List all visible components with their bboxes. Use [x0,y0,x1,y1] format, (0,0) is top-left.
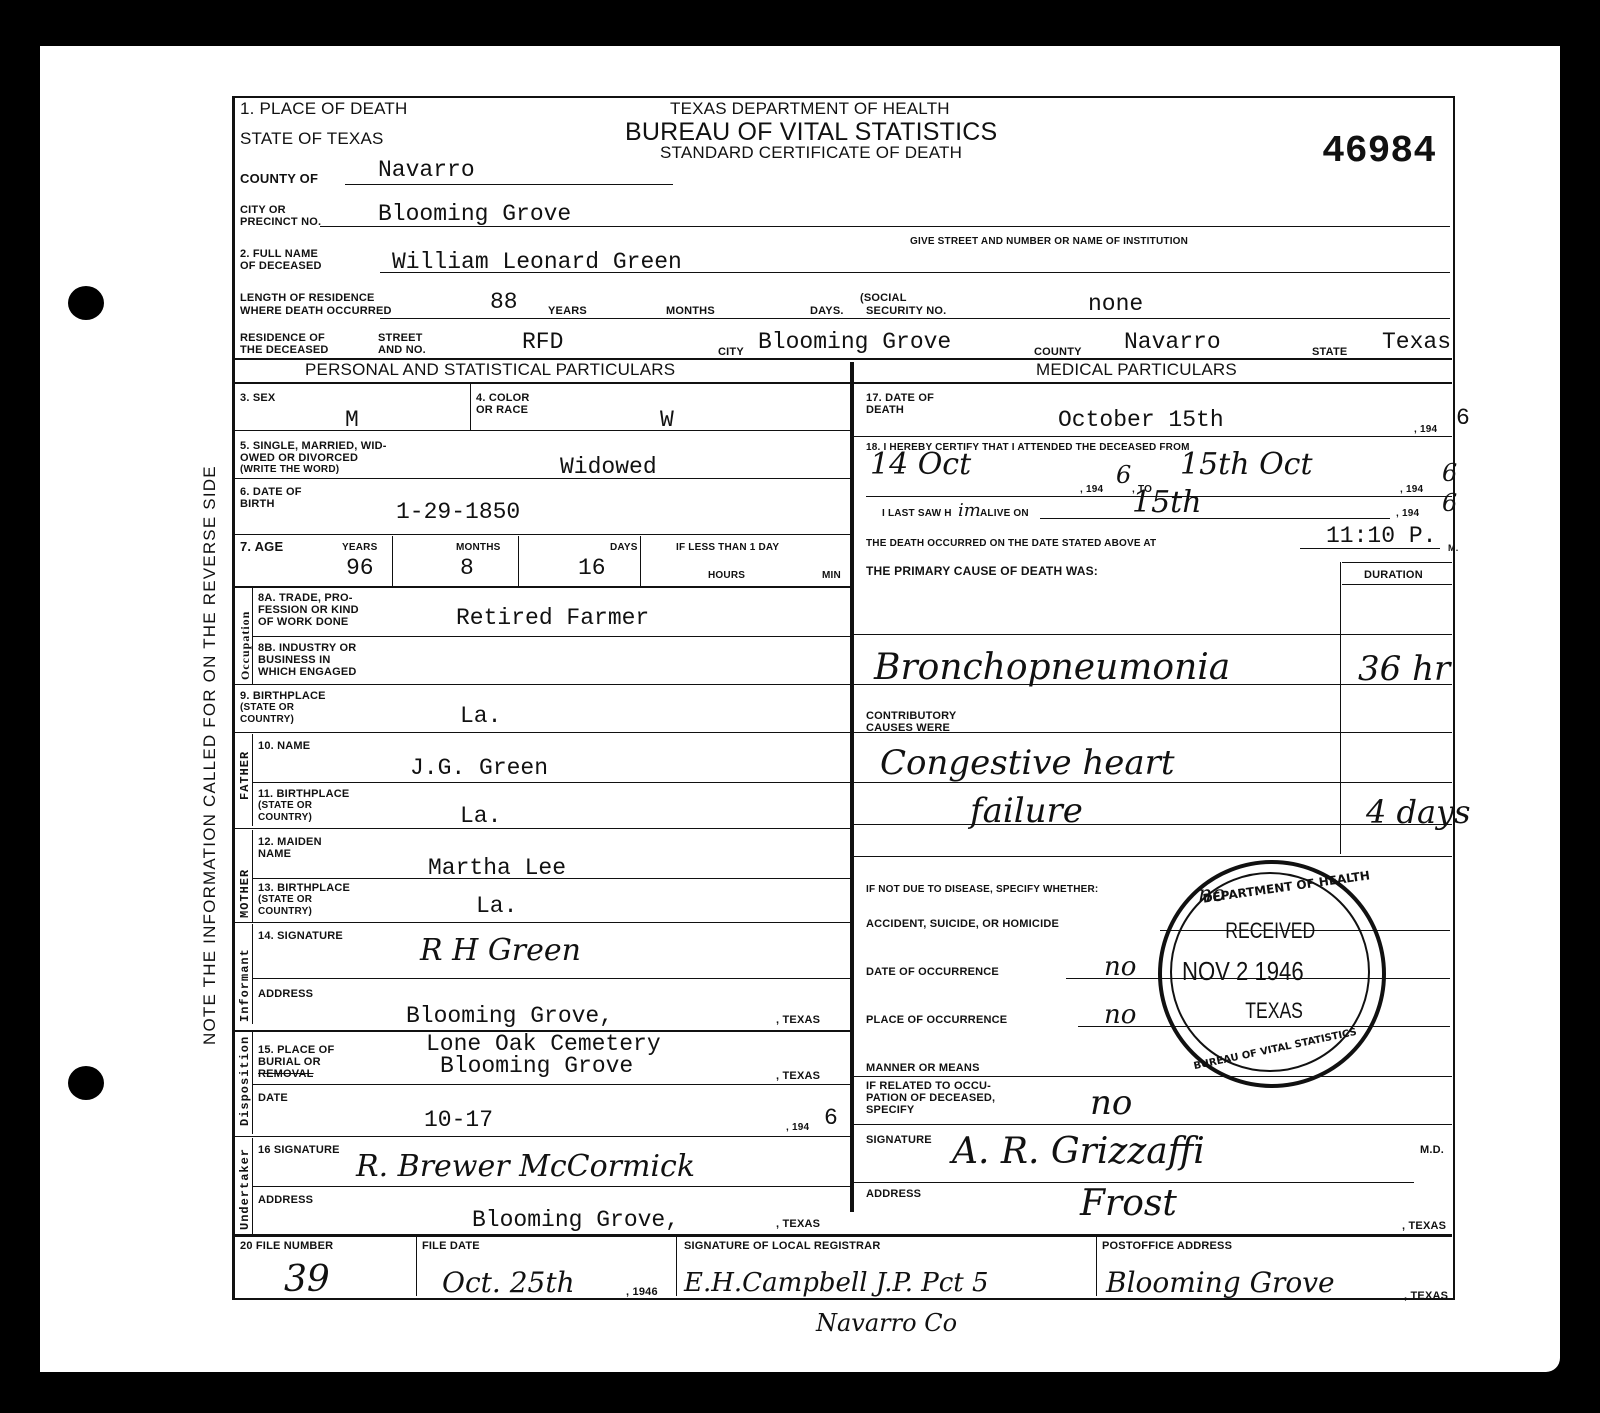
mother-birthplace-label-2: (STATE OR [258,894,312,906]
physician-signature: A. R. Grizzaffi [952,1134,1205,1170]
punch-hole-icon [68,286,104,320]
occupation-related-value: no [1090,1088,1132,1118]
texas-label: , TEXAS [776,1070,820,1082]
file-date: Oct. 25th [442,1268,575,1298]
divider [854,684,1452,685]
age-days-label: DAYS [610,542,638,554]
burial-label-1: 15. PLACE OF [258,1044,334,1056]
year-prefix: , 194 [1400,484,1423,496]
min-label: MIN [822,570,841,582]
informant-side-label: Informant [238,948,252,1022]
residence-city-label: CITY [718,346,744,358]
undertaker-signature: R. Brewer McCormick [356,1152,695,1182]
divider [854,824,1452,825]
industry-label-2: BUSINESS IN [258,654,331,666]
file-date-label: FILE DATE [422,1240,480,1252]
burial-year: 6 [824,1106,838,1130]
undertaker-address: Blooming Grove, [472,1208,679,1232]
age-days: 16 [578,556,606,580]
divider [854,782,1452,783]
divider [232,430,850,431]
column-divider [850,362,854,1212]
certificate-number: 46984 [1322,132,1436,172]
undertaker-address-label: ADDRESS [258,1194,313,1206]
contributory-label-1: CONTRIBUTORY [866,710,956,722]
occupation-side-label: Occupation [238,611,253,680]
divider [232,478,850,479]
informant-address-label: ADDRESS [258,988,313,1000]
divider [854,436,1452,437]
divider [252,830,253,922]
divider [392,536,393,586]
texas-label: , TEXAS [776,1014,820,1026]
punch-hole-icon [68,1066,104,1100]
mother-name-label-2: NAME [258,848,291,860]
ssn-label-2: SECURITY NO. [866,305,946,317]
occupation-related-label-3: SPECIFY [866,1104,914,1116]
dod-year: 6 [1456,406,1470,430]
marital-label-3: (WRITE THE WORD) [240,464,339,476]
postoffice-label: POSTOFFICE ADDRESS [1102,1240,1232,1252]
residence-years: 88 [490,290,518,314]
industry-label-3: WHICH ENGAGED [258,666,357,678]
birthplace-label-3: COUNTRY) [240,714,294,726]
residence-county-label: COUNTY [1034,346,1082,358]
dod-label-2: DEATH [866,404,904,416]
burial-date-label: DATE [258,1092,288,1104]
accident-label: ACCIDENT, SUICIDE, OR HOMICIDE [866,918,1059,930]
divider [232,1136,850,1137]
mother-name-label-1: 12. MAIDEN [258,836,322,848]
year-prefix: , 194 [1396,508,1419,520]
father-birthplace-label-1: 11. BIRTHPLACE [258,788,349,800]
trade-label-1: 8A. TRADE, PRO- [258,592,353,604]
attended-to-year: 6 [1442,458,1457,488]
trade-label-2: FESSION OR KIND [258,604,359,616]
residence-length-label-1: LENGTH OF RESIDENCE [240,292,375,304]
name-label-2: OF DECEASED [240,260,322,272]
certificate-frame [232,96,1455,1300]
residence-state-label: STATE [1312,346,1347,358]
manner-label: MANNER OR MEANS [866,1062,980,1074]
underline [345,184,673,185]
mother-birthplace-label-1: 13. BIRTHPLACE [258,882,350,894]
age-months: 8 [460,556,474,580]
certificate-title: STANDARD CERTIFICATE OF DEATH [660,144,962,162]
birthplace-value: La. [460,704,501,728]
last-saw-date: 15th [1132,488,1202,518]
occupation-related-label-2: PATION OF DECEASED, [866,1092,995,1104]
primary-duration: 36 hr [1358,652,1450,686]
informant-signature-label: 14. SIGNATURE [258,930,343,942]
mother-birthplace: La. [476,894,517,918]
registrar-signature: E.H.Campbell J.P. Pct 5 [684,1268,989,1298]
residence-city: Blooming Grove [758,330,951,354]
divider [1096,1236,1097,1296]
mother-side-label: MOTHER [238,869,252,918]
divider [232,586,850,588]
residence-of-label-1: RESIDENCE OF [240,332,325,344]
divider [470,384,471,430]
time-of-death: 11:10 P. [1326,524,1436,548]
burial-place-2: Blooming Grove [440,1054,633,1078]
divider [854,1124,1452,1125]
received-stamp: DEPARTMENT OF HEALTH RECEIVED NOV 2 1946… [1158,860,1386,1088]
city-label-1: CITY OR [240,204,286,216]
stamp-date: NOV 2 1946 [1182,956,1304,987]
industry-label-1: 8B. INDUSTRY OR [258,642,356,654]
father-birthplace-label-3: COUNTRY) [258,812,312,824]
divider [232,1234,1452,1237]
divider [252,978,850,979]
trade-value: Retired Farmer [456,606,649,630]
divider [252,1186,850,1187]
divider [252,1032,253,1134]
postoffice-address: Blooming Grove [1106,1268,1335,1298]
mother-birthplace-label-3: COUNTRY) [258,906,312,918]
county-of-death: Navarro [378,158,475,182]
primary-cause: Bronchopneumonia [874,650,1230,686]
undertaker-signature-label: 16 SIGNATURE [258,1144,340,1156]
file-number: 39 [284,1262,330,1298]
less-than-day-label: IF LESS THAN 1 DAY [676,542,779,554]
last-saw-year: 6 [1442,488,1457,518]
date-of-death: October 15th [1058,408,1224,432]
father-birthplace-label-2: (STATE OR [258,800,312,812]
marital-label-1: 5. SINGLE, MARRIED, WID- [240,440,387,452]
informant-address: Blooming Grove, [406,1004,613,1028]
dept-title: TEXAS DEPARTMENT OF HEALTH [670,100,950,118]
place-of-death-label: 1. PLACE OF DEATH [240,100,407,118]
file-date-year: , 1946 [626,1286,658,1298]
burial-date: 10-17 [424,1108,493,1132]
mother-name: Martha Lee [428,856,566,880]
street-label-1: STREET [378,332,423,344]
divider [854,1076,1452,1077]
sex-value: M [345,408,359,432]
duration-column-divider [1340,562,1341,854]
primary-cause-label: THE PRIMARY CAUSE OF DEATH WAS: [866,564,1098,578]
divider [252,1084,850,1085]
trade-label-3: OF WORK DONE [258,616,348,628]
informant-signature: R H Green [420,936,581,966]
death-occurred-label: THE DEATH OCCURRED ON THE DATE STATED AB… [866,538,1156,550]
name-label-1: 2. FULL NAME [240,248,318,260]
dob-label-2: BIRTH [240,498,275,510]
divider [252,924,253,1024]
occurrence-date-label: DATE OF OCCURRENCE [866,966,999,978]
institution-hint: GIVE STREET AND NUMBER OR NAME OF INSTIT… [910,236,1188,248]
attended-from-year: 6 [1116,460,1131,490]
street-label-2: AND NO. [378,344,426,356]
divider [232,732,850,733]
registrar-label: SIGNATURE OF LOCAL REGISTRAR [684,1240,880,1252]
divider [232,922,850,923]
ssn-label-1: (SOCIAL [860,292,907,304]
personal-section-title: PERSONAL AND STATISTICAL PARTICULARS [305,361,675,379]
residence-county: Navarro [1124,330,1221,354]
contributory-cause-2: failure [970,794,1083,828]
burial-label-3: REMOVAL [258,1068,314,1080]
file-number-label: 20 FILE NUMBER [240,1240,333,1252]
race-value: W [660,408,674,432]
father-birthplace: La. [460,804,501,828]
divider [854,732,1452,733]
marital-value: Widowed [560,455,657,479]
last-saw-pronoun: im [958,496,981,526]
divider [252,782,850,783]
ssn-value: none [1088,292,1143,316]
father-name-label: 10. NAME [258,740,310,752]
reverse-side-note: NOTE THE INFORMATION CALLED FOR ON THE R… [200,465,220,1045]
physician-signature-label: SIGNATURE [866,1134,932,1146]
stamp-received: RECEIVED [1225,918,1315,944]
time-suffix: M. [1448,542,1458,554]
dob-label-1: 6. DATE OF [240,486,302,498]
dob-value: 1-29-1850 [396,500,520,524]
divider [232,534,850,535]
alive-on-label: ALIVE ON [980,508,1029,520]
contributory-cause-1: Congestive heart [880,746,1175,780]
year-prefix: , 194 [786,1122,809,1134]
father-side-label: FATHER [238,751,252,800]
registrar-county: Navarro Co [816,1308,957,1338]
age-years-label: YEARS [342,542,377,554]
hours-label: HOURS [708,570,745,582]
residence-of-label-2: THE DECEASED [240,344,329,356]
underline [1040,518,1390,519]
county-label: COUNTY OF [240,172,318,186]
burial-label-2: BURIAL OR [258,1056,321,1068]
divider [232,828,850,829]
texas-label: , TEXAS [776,1218,820,1230]
occupation-related-label-1: IF RELATED TO OCCU- [866,1080,991,1092]
dod-label-1: 17. DATE OF [866,392,934,404]
race-label-1: 4. COLOR [476,392,530,404]
md-label: M.D. [1420,1144,1444,1156]
age-months-label: MONTHS [456,542,501,554]
divider [252,878,850,879]
divider [1342,562,1452,563]
divider [416,1236,417,1296]
year-prefix: , 194 [1414,424,1437,436]
attended-from: 14 Oct [870,450,971,480]
divider [232,382,1452,384]
underline [1300,548,1440,549]
occurrence-place-label: PLACE OF OCCURRENCE [866,1014,1007,1026]
age-label: 7. AGE [240,540,283,554]
divider [232,684,850,685]
physician-address-label: ADDRESS [866,1188,921,1200]
birthplace-label-2: (STATE OR [240,702,294,714]
divider [518,536,519,586]
underline [380,318,1450,319]
stamp-state: TEXAS [1245,998,1303,1024]
texas-label: , TEXAS [1404,1290,1448,1302]
deceased-name: William Leonard Green [392,250,682,274]
divider [1342,584,1452,585]
bureau-title: BUREAU OF VITAL STATISTICS [625,119,997,145]
marital-label-2: OWED OR DIVORCED [240,452,358,464]
physician-address: Frost [1080,1186,1177,1222]
years-label: YEARS [548,305,587,317]
age-years: 96 [346,556,374,580]
divider [252,636,850,637]
birthplace-label-1: 9. BIRTHPLACE [240,690,326,702]
divider [676,1236,677,1296]
divider [854,634,1452,635]
attended-to: 15th Oct [1180,450,1313,480]
residence-street: RFD [522,330,563,354]
divider [252,734,253,826]
days-label: DAYS. [810,305,844,317]
last-saw-label: I LAST SAW H [882,508,952,520]
months-label: MONTHS [666,305,715,317]
sex-label: 3. SEX [240,392,275,404]
not-disease-label: IF NOT DUE TO DISEASE, SPECIFY WHETHER: [866,884,1098,896]
year-prefix: , 194 [1080,484,1103,496]
residence-length-label-2: WHERE DEATH OCCURRED [240,305,392,317]
father-name: J.G. Green [410,756,548,780]
divider [854,856,1452,857]
texas-label: , TEXAS [1402,1220,1446,1232]
medical-section-title: MEDICAL PARTICULARS [1036,361,1237,379]
state-label: STATE OF TEXAS [240,130,384,148]
race-label-2: OR RACE [476,404,528,416]
city-of-death: Blooming Grove [378,202,571,226]
duration-label: DURATION [1364,569,1423,581]
disposition-side-label: Disposition [238,1036,252,1126]
divider [640,536,641,586]
residence-state: Texas [1382,330,1451,354]
city-label-2: PRECINCT NO. [240,216,321,228]
undertaker-side-label: Undertaker [238,1148,252,1230]
